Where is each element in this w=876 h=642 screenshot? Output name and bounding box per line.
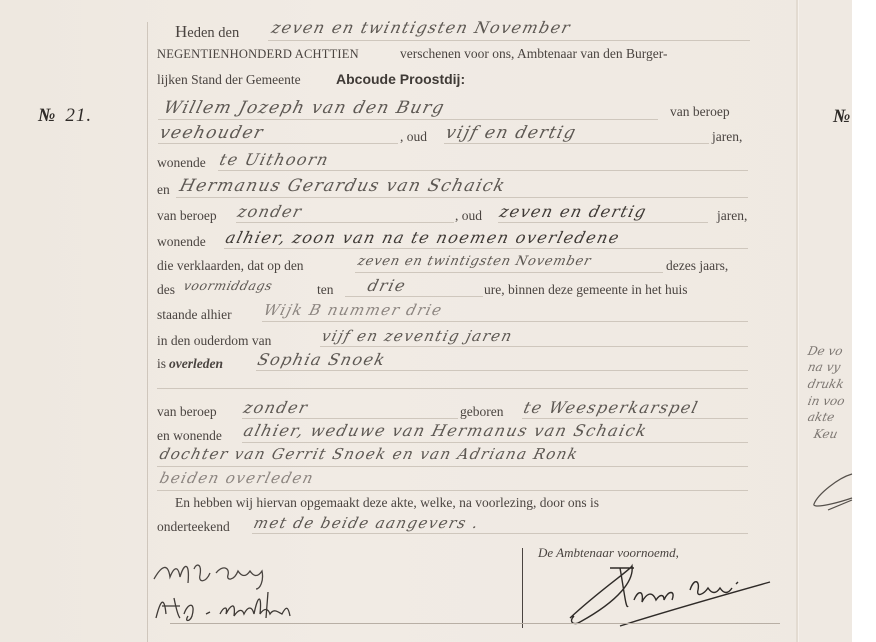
signature-bracket — [522, 548, 523, 628]
occupation-label: van beroep — [157, 404, 217, 420]
declarant1-residence: te Uithoorn — [218, 150, 332, 169]
civil-registry-text: lijken Stand der Gemeente — [157, 72, 301, 88]
fill-line — [268, 40, 750, 41]
municipality-name: Abcoude Proostdij: — [336, 71, 465, 87]
heden-den-label: Heden den — [175, 22, 239, 42]
official-label: De Ambtenaar voornoemd, — [538, 545, 679, 561]
appeared-before-text: verschenen voor ons, Ambtenaar van den B… — [400, 46, 668, 62]
declarant1-occupation: veehouder — [158, 123, 267, 143]
record-number: №21. — [38, 105, 92, 127]
fill-line — [242, 418, 458, 419]
deceased-name: Sophia Snoek — [256, 350, 388, 369]
fill-line — [256, 370, 748, 371]
margin-note-line: akte — [807, 410, 854, 424]
deceased-label: overleden — [169, 356, 223, 372]
fill-line — [345, 296, 483, 297]
declarant2-residence: alhier, zoon van na te noemen overledene — [224, 228, 623, 247]
date-handwritten: zeven en twintigsten November — [270, 18, 574, 37]
parents-status: beiden overleden — [158, 469, 316, 487]
closing-statement: En hebben wij hiervan opgemaakt deze akt… — [175, 495, 599, 511]
and-label: en — [157, 182, 170, 198]
fill-line — [498, 222, 708, 223]
fill-line — [320, 346, 748, 347]
deceased-occupation: zonder — [242, 398, 311, 417]
margin-note-line: De vo — [807, 344, 854, 358]
hour-location-text: ure, binnen deze gemeente in het huis — [484, 282, 688, 298]
declarant1-age: vijf en dertig — [444, 123, 579, 143]
death-address: Wijk B nummer drie — [262, 301, 445, 319]
residing-label: en wonende — [157, 428, 222, 444]
margin-note-line: Keu — [813, 427, 860, 441]
page-fold — [796, 0, 798, 642]
deceased-parents: dochter van Gerrit Snoek en van Adriana … — [158, 445, 581, 463]
declared-text: die verklaarden, dat op den — [157, 258, 304, 274]
margin-note-line: drukk — [807, 377, 854, 391]
fill-line — [157, 388, 748, 389]
born-label: geboren — [460, 404, 503, 420]
fill-line — [218, 170, 748, 171]
record-number-value: 21. — [65, 105, 92, 126]
signed-by: met de beide aangevers . — [252, 514, 482, 532]
fill-line — [262, 321, 748, 322]
fill-line — [252, 533, 748, 534]
occupation-label: van beroep — [157, 208, 217, 224]
margin-note-line: in voo — [807, 394, 854, 408]
fill-line — [444, 143, 709, 144]
year-printed: NEGENTIENHONDERD ACHTTIEN — [157, 47, 359, 62]
signed-label: onderteekend — [157, 519, 230, 535]
deceased-residence-status: alhier, weduwe van Hermanus van Schaick — [242, 421, 650, 440]
fill-line — [236, 222, 454, 223]
next-record-number: № — [833, 106, 850, 128]
page-edge — [852, 0, 876, 642]
age-label: , oud — [455, 208, 482, 224]
ten-label: ten — [317, 282, 334, 298]
margin-rule — [147, 22, 148, 642]
signature-official — [560, 560, 780, 630]
signature-declarant2 — [150, 588, 350, 628]
fill-line — [522, 418, 748, 419]
number-sign: № — [38, 105, 55, 126]
is-label: is — [157, 356, 166, 372]
occupation-label: van beroep — [670, 104, 730, 120]
death-hour: drie — [366, 276, 409, 295]
this-year-label: dezes jaars, — [666, 258, 728, 274]
death-date: zeven en twintigsten November — [356, 254, 593, 269]
at-age-label: in den ouderdom van — [157, 333, 271, 349]
age-label: , oud — [400, 129, 427, 145]
fill-line — [157, 490, 748, 491]
fill-line — [242, 442, 748, 443]
des-label: des — [157, 282, 175, 298]
declarant2-name: Hermanus Gerardus van Schaick — [178, 176, 508, 196]
years-label: jaren, — [717, 208, 747, 224]
fill-line — [176, 197, 748, 198]
fill-line — [157, 466, 748, 467]
declarant2-age: zeven en dertig — [498, 202, 650, 221]
deceased-age: vijf en zeventig jaren — [320, 327, 515, 345]
margin-note-line: na vy — [807, 360, 854, 374]
fill-line — [158, 143, 398, 144]
residing-label: wonende — [157, 234, 206, 250]
located-label: staande alhier — [157, 307, 232, 323]
time-of-day: voormiddags — [182, 278, 274, 293]
fill-line — [355, 272, 663, 273]
declarant1-name: Willem Jozeph van den Burg — [162, 98, 448, 118]
declarant2-occupation: zonder — [236, 202, 305, 221]
fill-line — [158, 119, 658, 120]
bottom-rule — [170, 623, 780, 624]
years-label: jaren, — [712, 129, 742, 145]
margin-signature — [808, 470, 852, 510]
deceased-birthplace: te Weesperkarspel — [522, 398, 701, 417]
residing-label: wonende — [157, 155, 206, 171]
fill-line — [224, 248, 748, 249]
